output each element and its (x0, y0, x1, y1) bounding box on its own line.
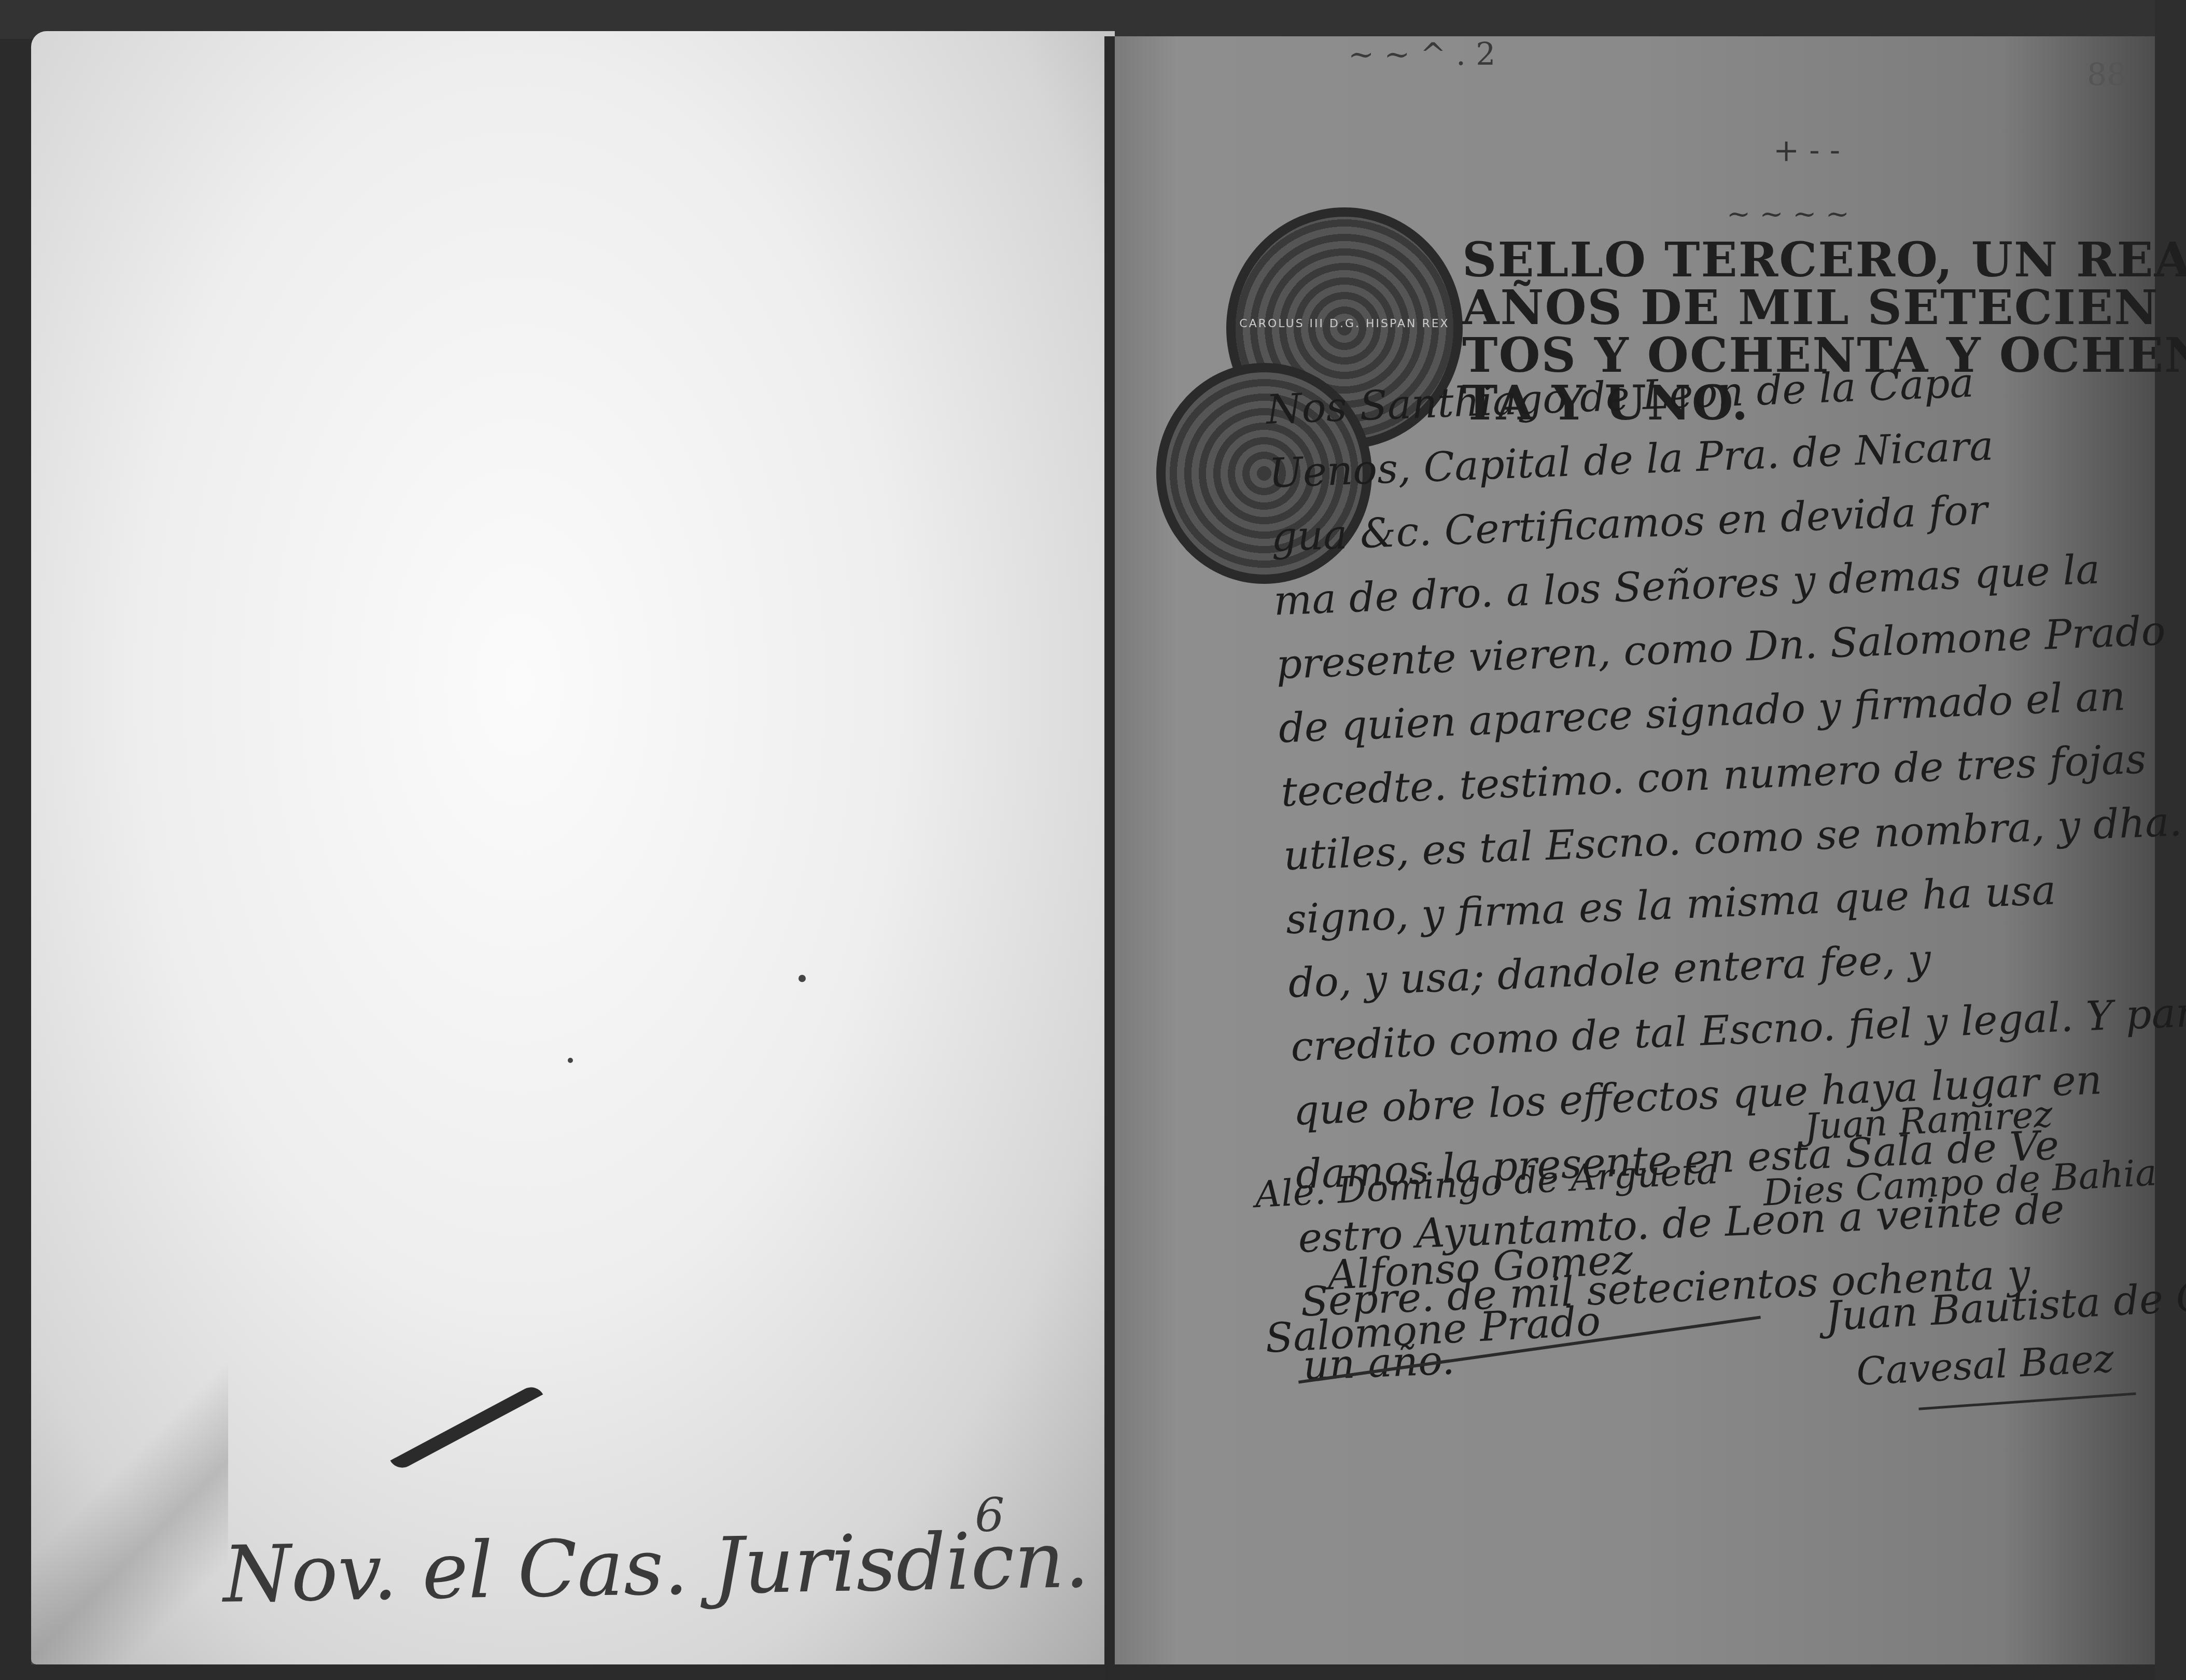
ink-speck (568, 1058, 573, 1063)
page-fold-shadow (31, 1353, 228, 1664)
stamp-line: SELLO TERCERO, UN REAL, (1462, 236, 2033, 284)
left-page-note-number: 6 (975, 1488, 1004, 1543)
small-marks: ~ ~ ~ ~ (1727, 197, 1849, 230)
seal-legend: CAROLUS III D.G. HISPAN REX (1236, 317, 1453, 330)
stamp-line: AÑOS DE MIL SETECIEN (1462, 284, 2033, 331)
page-number: 88 (2087, 57, 2126, 93)
left-page (31, 31, 1115, 1664)
top-marks: ~ ~ ^ . 2 (1348, 36, 1495, 73)
ink-speck (798, 975, 806, 982)
certification-text: Nos Santhiago de Leon de la Capa Uenos, … (1265, 343, 2186, 1398)
small-marks: + - - (1773, 132, 1840, 169)
